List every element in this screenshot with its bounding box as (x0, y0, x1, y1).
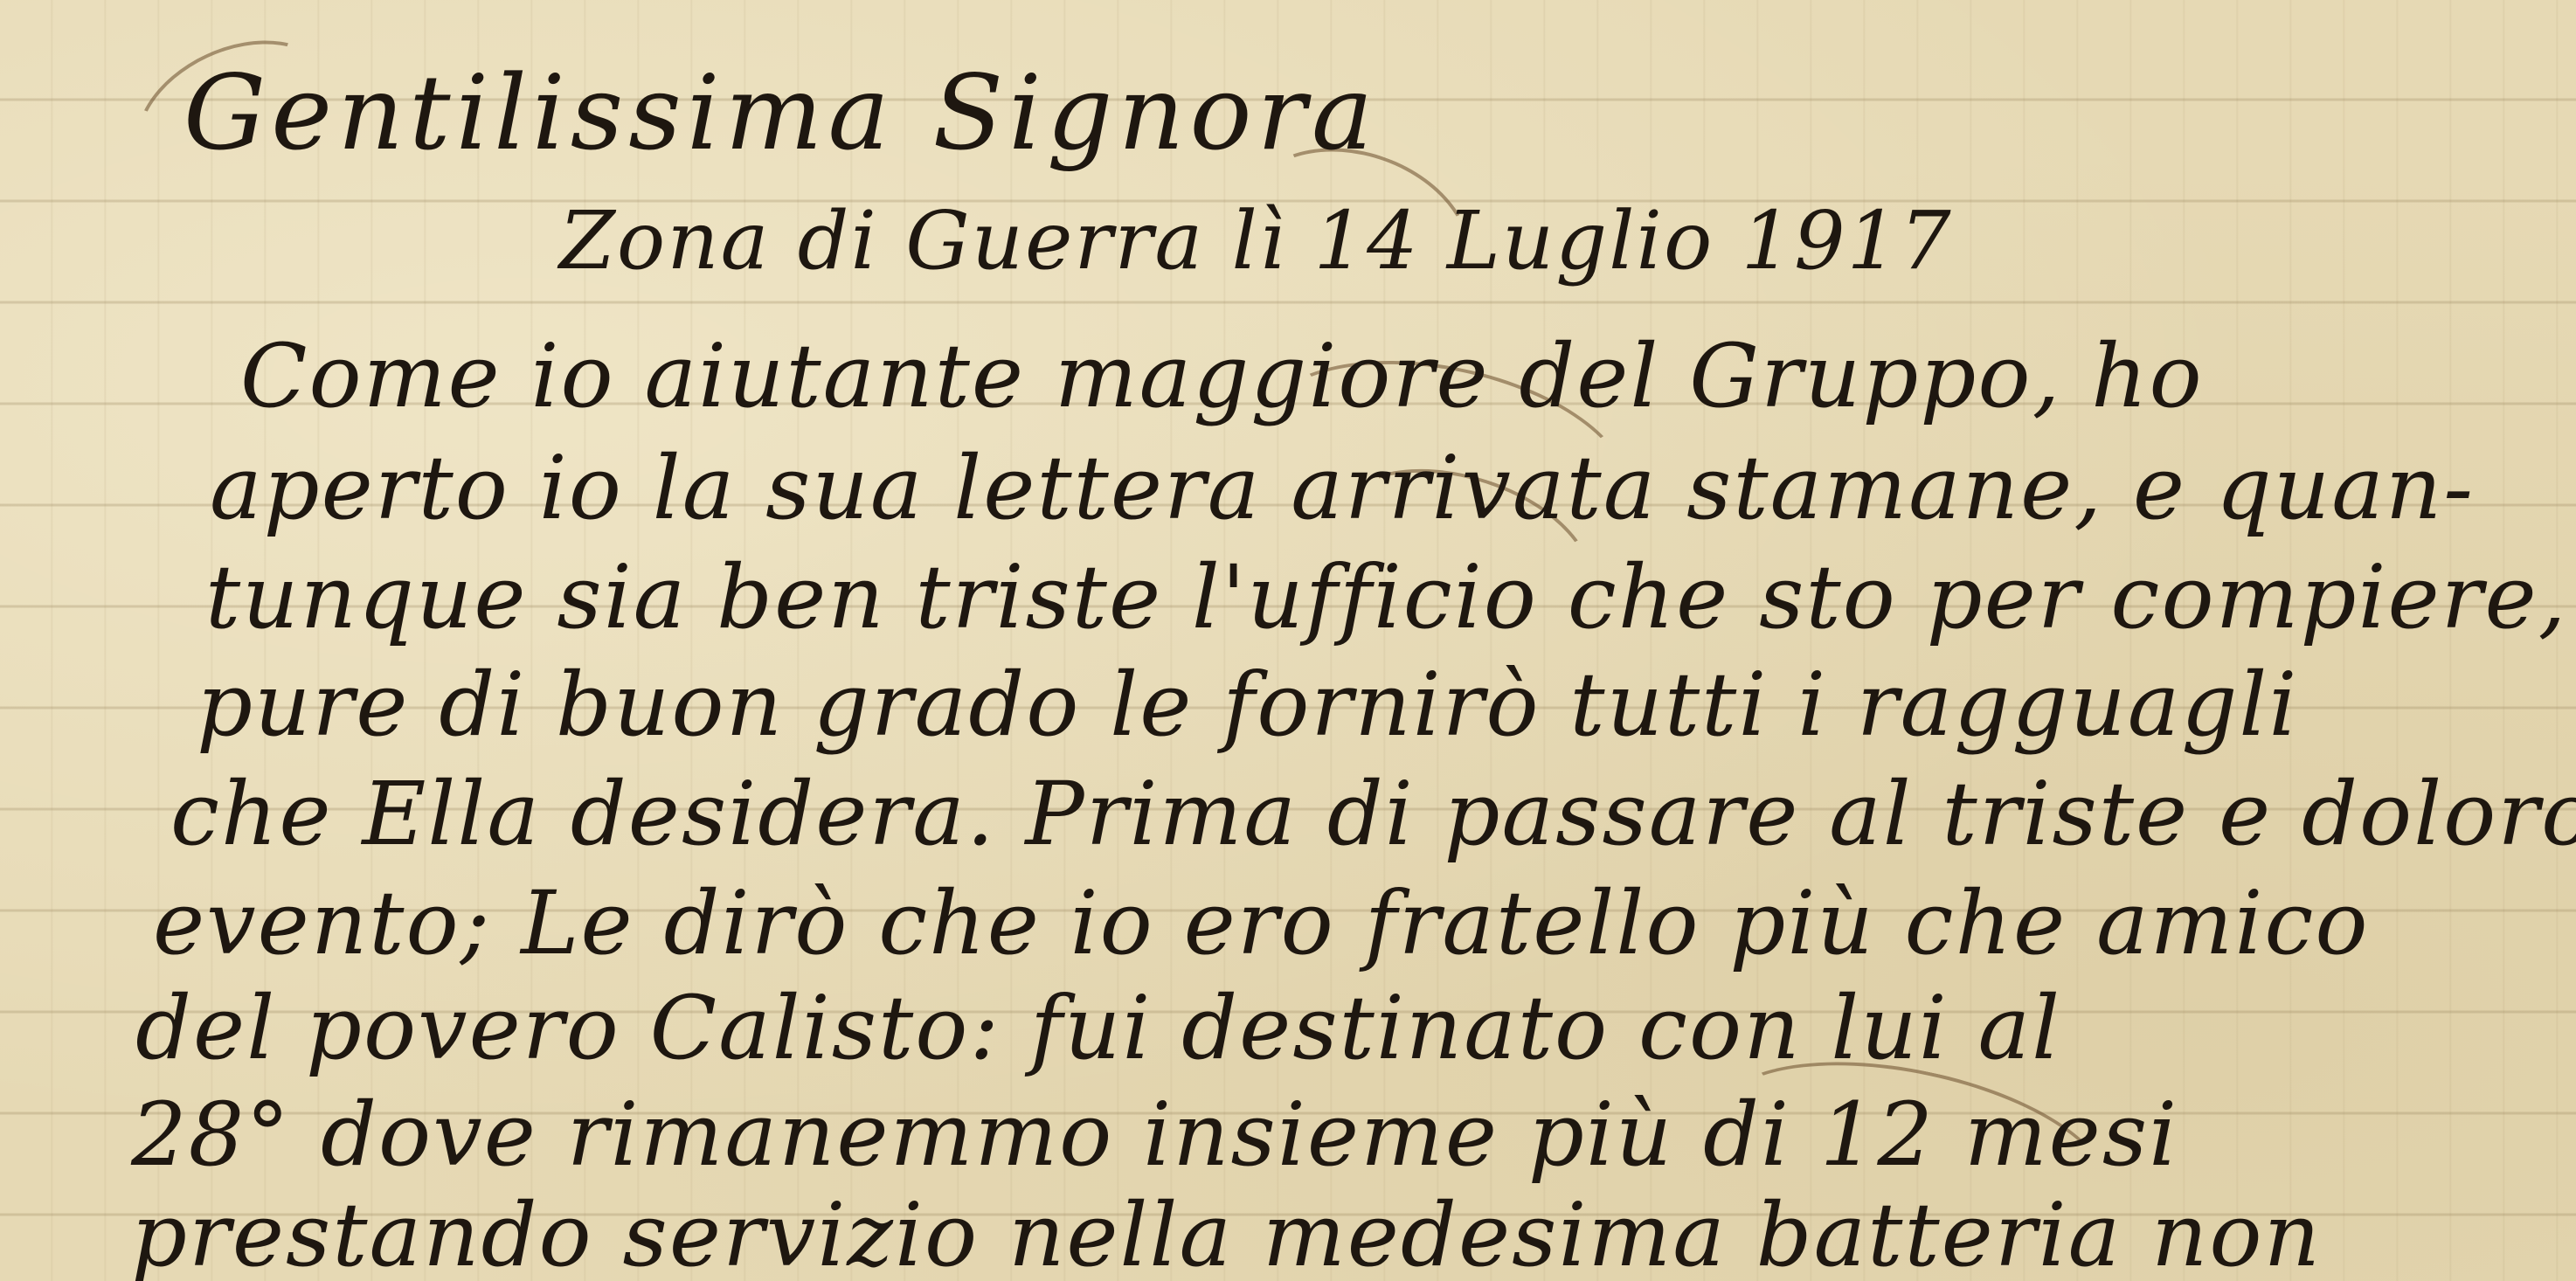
letter-line-6: evento; Le dirò che io ero fratello più … (153, 872, 2370, 974)
letter-line-1: Come io aiutante maggiore del Gruppo, ho (240, 325, 2204, 427)
letter-line-4: pure di buon grado le fornirò tutti i ra… (197, 654, 2298, 756)
letter-line-9: prestando servizio nella medesima batter… (131, 1184, 2322, 1281)
letter-line-8: 28° dove rimanemmo insieme più di 12 mes… (131, 1084, 2178, 1186)
letter-page: Gentilissima Signora Zona di Guerra lì 1… (0, 0, 2576, 1281)
letter-line-7: del povero Calisto: fui destinato con lu… (135, 977, 2061, 1079)
letter-dateline: Zona di Guerra lì 14 Luglio 1917 (559, 194, 1953, 287)
letter-line-2: aperto io la sua lettera arrivata staman… (210, 437, 2475, 539)
letter-line-3: tunque sia ben triste l'ufficio che sto … (205, 546, 2567, 648)
letter-line-5: che Ella desidera. Prima di passare al t… (170, 763, 2576, 865)
letter-salutation: Gentilissima Signora (184, 52, 1378, 173)
